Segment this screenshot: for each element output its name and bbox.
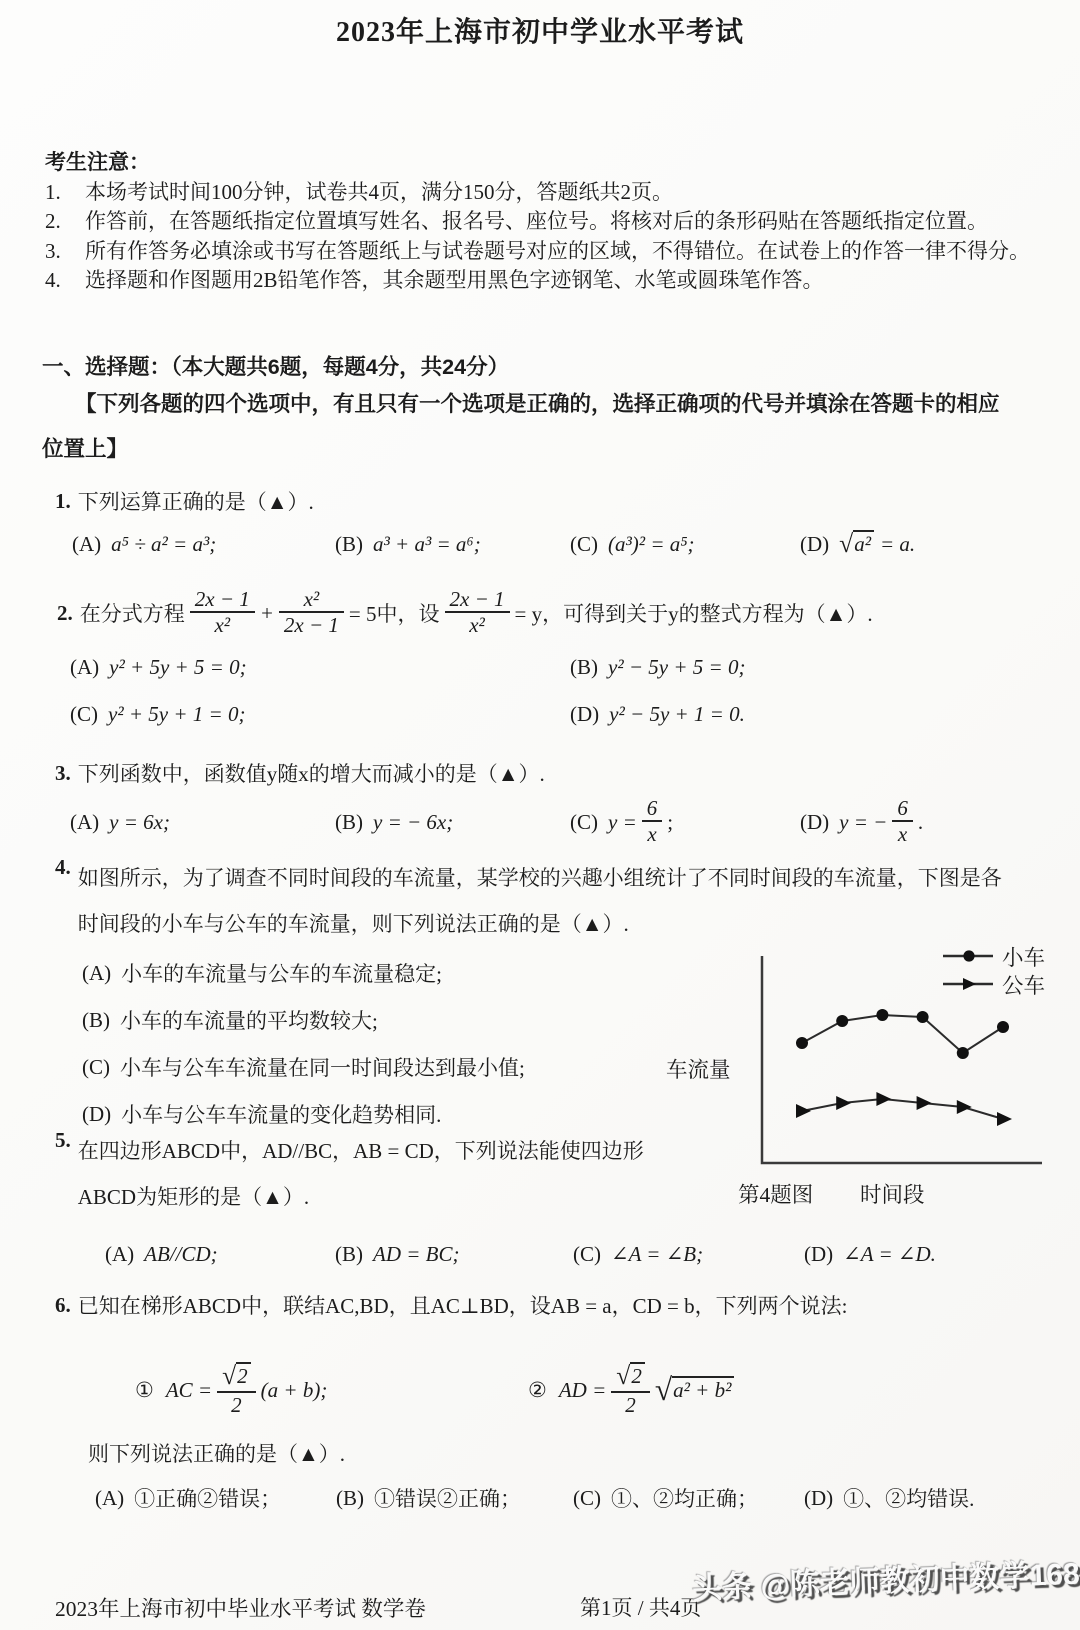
notice-item-text: 作答前，在答题纸指定位置填写姓名、报名号、座位号。将核对后的条形码贴在答题纸指定… <box>85 207 1033 237</box>
car-line-circle-icon <box>942 948 994 964</box>
radicand: 2 <box>236 1362 251 1388</box>
q2-option-b: (B) y² − 5y + 5 = 0; <box>570 648 745 686</box>
fraction: 2x − 1 x² <box>445 588 510 638</box>
q6-option-d: (D) ①、②均错误. <box>804 1483 974 1513</box>
q5-option-d-formula: ∠A = ∠D. <box>843 1242 936 1267</box>
q5-stem: 5. 在四边形ABCD中，AD//BC，AB = CD，下列说法能使四边形ABC… <box>55 1128 666 1220</box>
q6-s2-lhs: AD = <box>559 1378 606 1403</box>
option-label: (C) <box>82 1055 110 1080</box>
q6-option-c-text: ①、②均正确； <box>611 1483 758 1513</box>
q3-option-c-pre: y = <box>608 810 637 835</box>
q5-option-a-formula: AB//CD; <box>144 1242 218 1267</box>
q5-option-a: (A) AB//CD; <box>105 1242 218 1267</box>
q4-option-b-text: 小车的车流量的平均数较大; <box>120 1005 378 1035</box>
q3-option-a-formula: y = 6x; <box>109 810 170 835</box>
q4-option-c-text: 小车与公车车流量在同一时间段达到最小值; <box>120 1052 525 1082</box>
radicand: 2 <box>630 1362 645 1388</box>
q2-stem-lead: 在分式方程 <box>80 598 185 628</box>
option-label: (C) <box>570 810 598 835</box>
q2-option-a: (A) y² + 5y + 5 = 0; <box>70 648 247 686</box>
chart-x-axis-label: 时间段 <box>860 1178 925 1209</box>
option-label: (A) <box>105 1242 134 1267</box>
fraction-denominator: x <box>642 820 663 847</box>
fraction-numerator: x² <box>279 588 344 612</box>
q6-conclusion: 则下列说法正确的是（▲）. <box>88 1438 345 1468</box>
q1-option-a: (A) a⁵ ÷ a² = a³; <box>72 522 216 566</box>
chart-caption: 第4题图 <box>738 1178 813 1209</box>
fraction-denominator: x <box>892 820 913 847</box>
bus-line-triangle-icon <box>942 976 994 992</box>
q6-option-a-text: ①正确②错误； <box>134 1483 281 1513</box>
option-label: (C) <box>573 1486 601 1511</box>
page-title: 2023年上海市初中学业水平考试 <box>0 10 1080 50</box>
fraction-numerator: √2 <box>611 1362 650 1391</box>
option-label: (B) <box>570 655 598 680</box>
notice-item: 1. 本场考试时间100分钟，试卷共4页，满分150分，答题纸共2页。 <box>45 178 1035 208</box>
fraction: 6 x <box>642 797 663 847</box>
option-label: (C) <box>570 532 598 557</box>
option-label: (A) <box>82 961 111 986</box>
q2-option-b-formula: y² − 5y + 5 = 0; <box>608 655 745 680</box>
q1-option-c-formula: (a³)² = a⁵; <box>608 532 695 557</box>
option-label: (D) <box>800 810 829 835</box>
notice-item: 3. 所有作答务必填涂或书写在答题纸上与试卷题号对应的区域，不得错位。在试卷上的… <box>45 237 1035 267</box>
notice-item-num: 3. <box>45 237 85 267</box>
option-label: (B) <box>335 1242 363 1267</box>
option-label: (A) <box>95 1486 124 1511</box>
chart-y-axis-label: 车流量 <box>666 1053 731 1084</box>
q6-statement-2: ② AD = √2 2 √a² + b² <box>528 1352 734 1428</box>
q2-option-d: (D) y² − 5y + 1 = 0. <box>570 695 745 733</box>
fraction-numerator: 2x − 1 <box>445 588 510 612</box>
q1-option-d: (D) √a² = a. <box>800 522 915 566</box>
footer-page-indicator: 第1页 / 共4页 <box>580 1592 701 1622</box>
option-label: (D) <box>800 532 829 557</box>
q5-option-c: (C) ∠A = ∠B; <box>573 1242 703 1267</box>
option-label: (D) <box>804 1486 833 1511</box>
q6-statement-1: ① AC = √2 2 (a + b); <box>135 1352 327 1428</box>
section-instruction: 【下列各题的四个选项中，有且只有一个选项是正确的，选择正确项的代号并填涂在答题卡… <box>42 382 1010 472</box>
q2-option-c: (C) y² + 5y + 1 = 0; <box>70 695 245 733</box>
fraction-numerator: √2 <box>217 1362 256 1391</box>
notice-item-num: 1. <box>45 178 85 208</box>
watermark: 头条 @陈老师教初中数学168 <box>691 1549 1080 1608</box>
radical-sign: √ <box>655 1372 672 1407</box>
q6-number: 6. <box>55 1293 71 1318</box>
q3-option-a: (A) y = 6x; <box>70 793 170 851</box>
option-label: (A) <box>72 532 101 557</box>
radical-sign: √ <box>222 1361 236 1390</box>
q5-option-d: (D) ∠A = ∠D. <box>804 1242 936 1267</box>
q2-number: 2. <box>57 601 73 626</box>
fraction-numerator: 6 <box>642 797 663 821</box>
q4-option-c: (C) 小车与公车车流量在同一时间段达到最小值; <box>82 1052 525 1082</box>
circled-1-label: ① <box>135 1378 154 1403</box>
q1-number: 1. <box>55 489 71 514</box>
q6-option-d-text: ①、②均错误. <box>843 1483 974 1513</box>
option-label: (D) <box>804 1242 833 1267</box>
fraction: x² 2x − 1 <box>279 588 344 638</box>
q5-option-b-formula: AD = BC; <box>373 1242 460 1267</box>
q5-stem-text: 在四边形ABCD中，AD//BC，AB = CD，下列说法能使四边形ABCD为矩… <box>78 1128 666 1220</box>
fraction: √2 2 <box>217 1362 256 1417</box>
q6-s1-lhs: AC = <box>166 1378 212 1403</box>
notice-item-num: 2. <box>45 207 85 237</box>
q4-option-a-text: 小车的车流量与公车的车流量稳定; <box>121 958 442 988</box>
notice-item-text: 选择题和作图题用2B铅笔作答，其余题型用黑色字迹钢笔、水笔或圆珠笔作答。 <box>85 266 1033 296</box>
fraction-denominator: x² <box>190 611 255 638</box>
q3-number: 3. <box>55 761 71 786</box>
q3-stem-text: 下列函数中，函数值y随x的增大而减小的是（▲）. <box>78 758 545 788</box>
q3-option-b: (B) y = − 6x; <box>335 793 453 851</box>
q5-option-c-formula: ∠A = ∠B; <box>611 1242 703 1267</box>
q1-option-d-sqrt: √a² <box>839 529 874 559</box>
notice-heading: 考生注意： <box>45 148 1035 178</box>
notice-item-text: 所有作答务必填涂或书写在答题纸上与试卷题号对应的区域，不得错位。在试卷上的作答一… <box>85 237 1033 267</box>
legend-label-bus: 公车 <box>1002 969 1045 1000</box>
traffic-flow-chart: 车流量 小车 公车 第4题图 时间段 <box>628 898 1076 1220</box>
q6-stem: 6. 已知在梯形ABCD中，联结AC,BD，且AC⊥BD，设AB = a，CD … <box>55 1290 847 1320</box>
q1-option-d-tail: = a. <box>880 532 915 557</box>
footer-exam-name: 2023年上海市初中毕业水平考试 数学卷 <box>55 1592 426 1623</box>
fraction-denominator: 2x − 1 <box>279 611 344 638</box>
q2-stem-tail: = y，可得到关于y的整式方程为（▲）. <box>515 598 873 628</box>
q4-option-a: (A) 小车的车流量与公车的车流量稳定; <box>82 958 442 988</box>
fraction-denominator: 2 <box>611 1391 650 1418</box>
option-label: (A) <box>70 810 99 835</box>
fraction: 6 x <box>892 797 913 847</box>
q1-option-b: (B) a³ + a³ = a⁶; <box>335 522 481 566</box>
q2-stem: 2. 在分式方程 2x − 1 x² + x² 2x − 1 = 5中，设 2x… <box>57 580 873 646</box>
q6-option-b-text: ①错误②正确； <box>374 1483 521 1513</box>
plus-sign: + <box>260 601 274 626</box>
option-label: (D) <box>570 702 599 727</box>
legend-item-car: 小车 <box>942 942 1045 970</box>
exam-page: { "page": { "title": "2023年上海市初中学业水平考试",… <box>0 0 1080 1630</box>
radicand: a² <box>853 530 874 556</box>
chart-legend: 小车 公车 <box>942 942 1045 998</box>
q6-option-b: (B) ①错误②正确； <box>336 1483 521 1513</box>
notice-item: 2. 作答前，在答题纸指定位置填写姓名、报名号、座位号。将核对后的条形码贴在答题… <box>45 207 1035 237</box>
q5-number: 5. <box>55 1128 71 1153</box>
fraction: √2 2 <box>611 1362 650 1417</box>
fraction: 2x − 1 x² <box>190 588 255 638</box>
q3-option-d: (D) y = − 6 x . <box>800 793 923 851</box>
q6-s1-tail: (a + b); <box>261 1378 328 1403</box>
q1-stem-text: 下列运算正确的是（▲）. <box>78 486 314 516</box>
q2-stem-mid: = 5中，设 <box>349 598 440 628</box>
option-label: (D) <box>82 1102 111 1127</box>
q4-number: 4. <box>55 855 71 880</box>
section-heading: 一、选择题：（本大题共6题，每题4分，共24分） <box>42 350 509 381</box>
q4-option-d-text: 小车与公车车流量的变化趋势相同. <box>121 1099 441 1129</box>
q3-option-c: (C) y = 6 x ; <box>570 793 673 851</box>
q2-option-d-formula: y² − 5y + 1 = 0. <box>609 702 745 727</box>
option-label: (B) <box>336 1486 364 1511</box>
radical-sign: √ <box>616 1361 630 1390</box>
q6-stem-text: 已知在梯形ABCD中，联结AC,BD，且AC⊥BD，设AB = a，CD = b… <box>78 1290 848 1320</box>
q3-option-d-pre: y = − <box>839 810 887 835</box>
option-label: (C) <box>70 702 98 727</box>
q1-option-c: (C) (a³)² = a⁵; <box>570 522 695 566</box>
radicand: a² + b² <box>672 1376 734 1402</box>
q5-option-b: (B) AD = BC; <box>335 1242 460 1267</box>
q1-option-a-formula: a⁵ ÷ a² = a³; <box>111 532 216 557</box>
option-label: (B) <box>335 532 363 557</box>
option-label: (A) <box>70 655 99 680</box>
option-label: (B) <box>335 810 363 835</box>
legend-label-car: 小车 <box>1002 941 1045 972</box>
option-label: (B) <box>82 1008 110 1033</box>
q4-option-b: (B) 小车的车流量的平均数较大; <box>82 1005 378 1035</box>
fraction-denominator: x² <box>445 611 510 638</box>
q3-option-d-tail: . <box>918 810 923 835</box>
candidate-notice: 考生注意： 1. 本场考试时间100分钟，试卷共4页，满分150分，答题纸共2页… <box>45 148 1035 296</box>
q4-option-d: (D) 小车与公车车流量的变化趋势相同. <box>82 1099 441 1129</box>
q3-option-b-formula: y = − 6x; <box>373 810 453 835</box>
notice-item-num: 4. <box>45 266 85 296</box>
q6-option-a: (A) ①正确②错误； <box>95 1483 281 1513</box>
q3-stem: 3. 下列函数中，函数值y随x的增大而减小的是（▲）. <box>55 758 545 788</box>
q6-s2-big-sqrt: √a² + b² <box>655 1372 735 1408</box>
q1-stem: 1. 下列运算正确的是（▲）. <box>55 486 314 516</box>
fraction-numerator: 6 <box>892 797 913 821</box>
fraction-denominator: 2 <box>217 1391 256 1418</box>
option-label: (C) <box>573 1242 601 1267</box>
q2-option-c-formula: y² + 5y + 1 = 0; <box>108 702 245 727</box>
q3-option-c-tail: ; <box>667 810 673 835</box>
q6-option-c: (C) ①、②均正确； <box>573 1483 758 1513</box>
circled-2-label: ② <box>528 1378 547 1403</box>
q2-option-a-formula: y² + 5y + 5 = 0; <box>109 655 246 680</box>
notice-item: 4. 选择题和作图题用2B铅笔作答，其余题型用黑色字迹钢笔、水笔或圆珠笔作答。 <box>45 266 1035 296</box>
q1-option-b-formula: a³ + a³ = a⁶; <box>373 532 481 557</box>
notice-item-text: 本场考试时间100分钟，试卷共4页，满分150分，答题纸共2页。 <box>85 178 1033 208</box>
radical-sign: √ <box>839 529 853 558</box>
fraction-numerator: 2x − 1 <box>190 588 255 612</box>
legend-item-bus: 公车 <box>942 970 1045 998</box>
